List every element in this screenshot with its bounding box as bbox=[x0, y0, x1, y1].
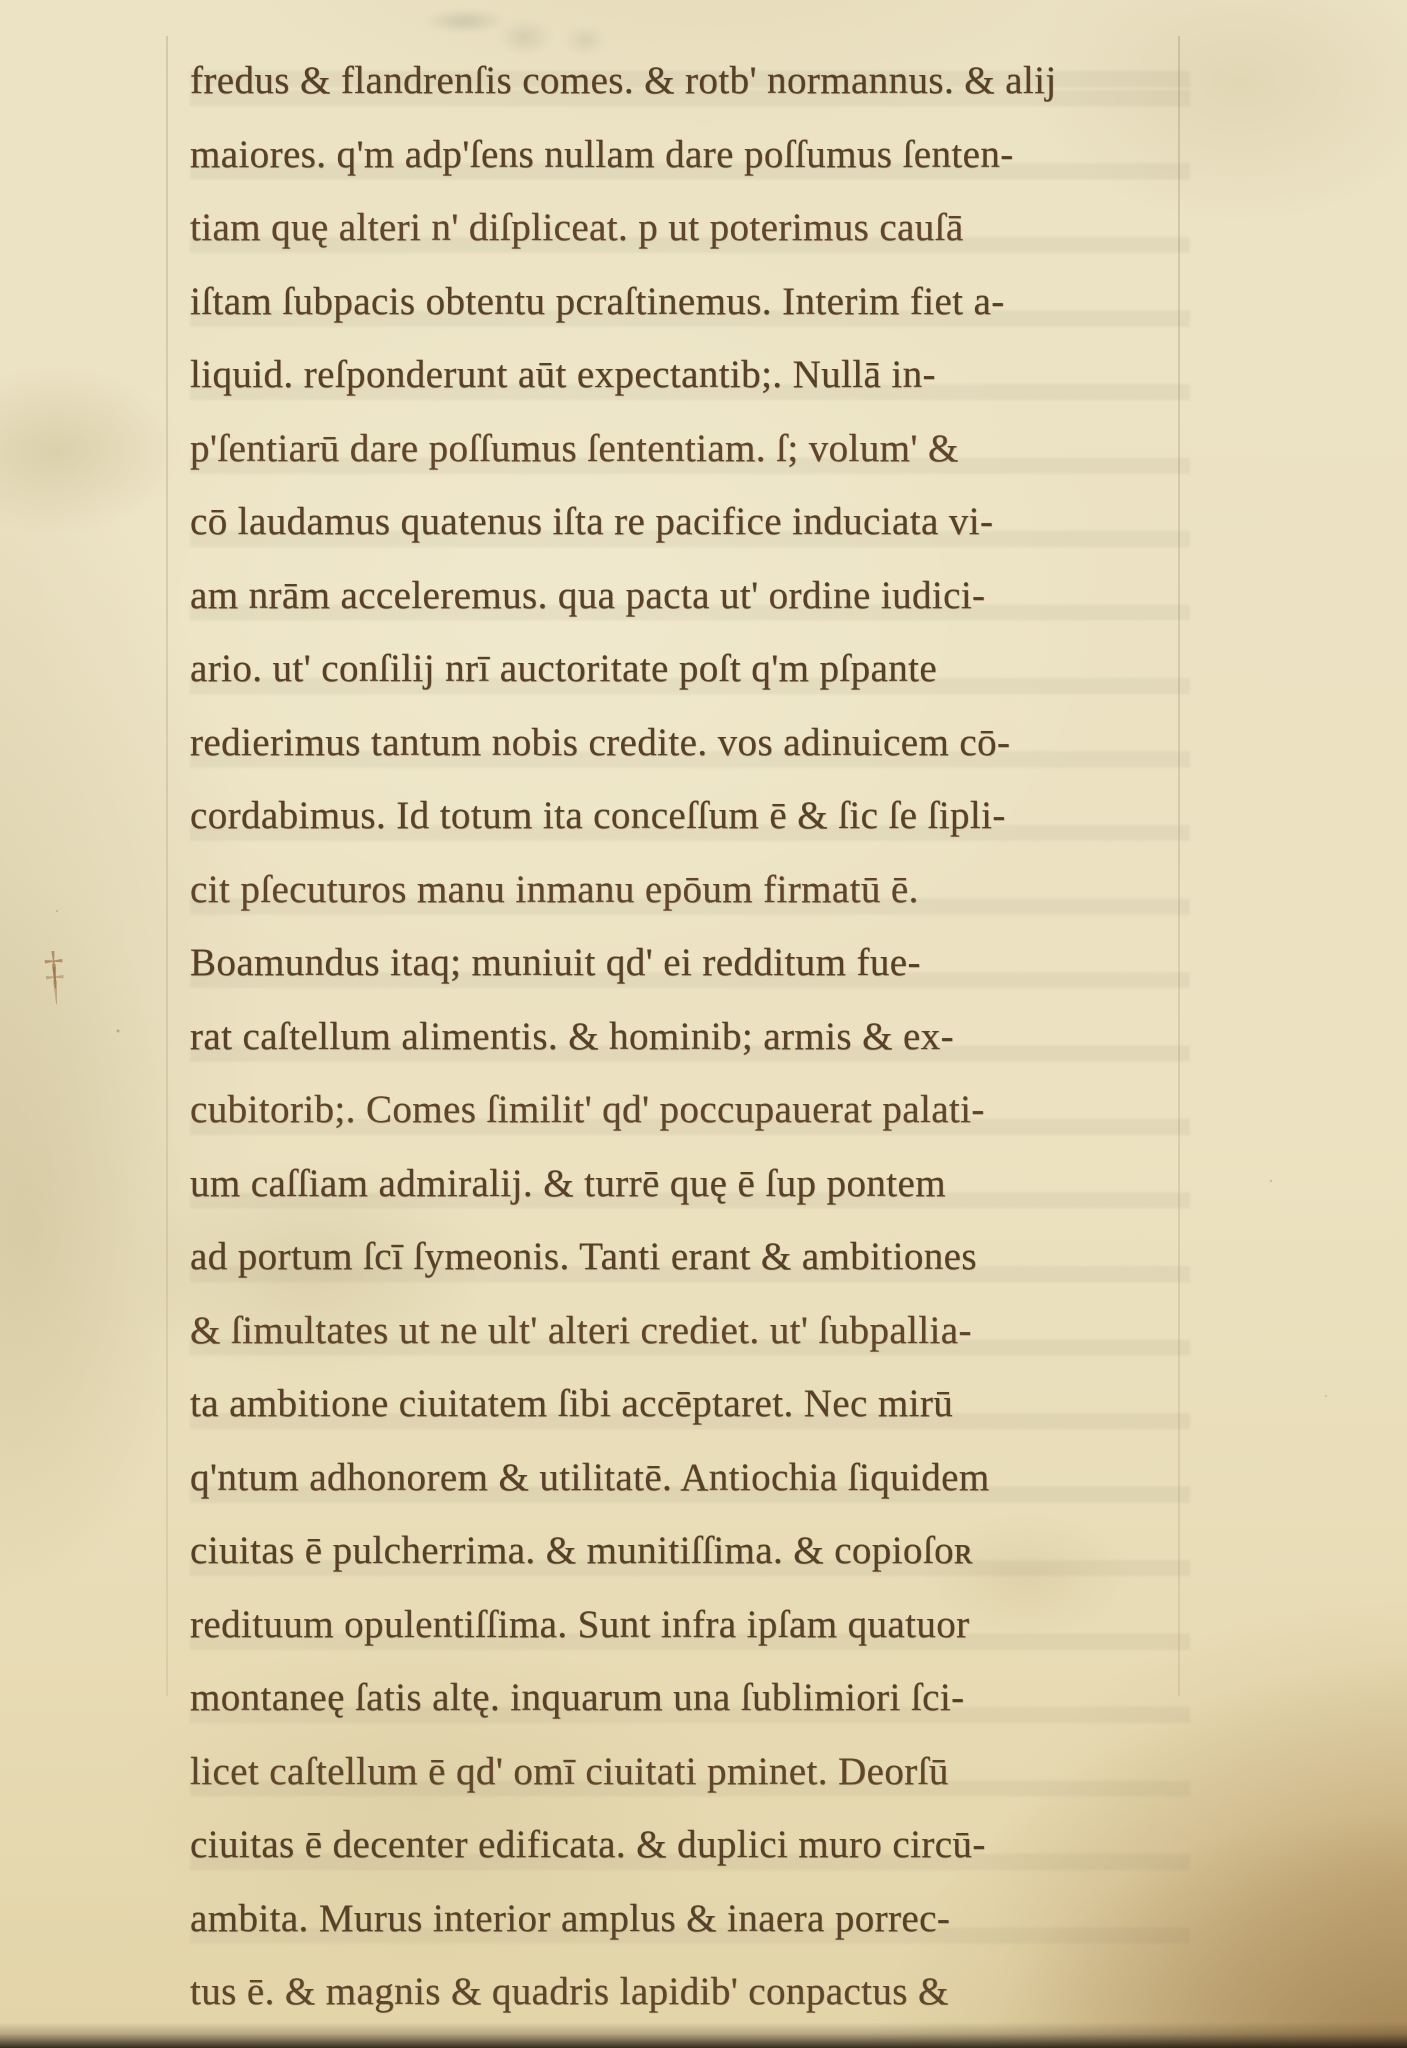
text-line: ario. ut' conſilij nrī auctoritate poſt … bbox=[190, 632, 1200, 706]
text-line: ad portum ſcī ſymeonis. Tanti erant & am… bbox=[190, 1220, 1200, 1294]
text-block: fredus & flandrenſis comes. & rotb' norm… bbox=[190, 44, 1200, 2029]
text-line: Boamundus itaq; muniuit qd' ei redditum … bbox=[190, 926, 1200, 1000]
text-line: redituum opulentiſſima. Sunt infra ipſam… bbox=[190, 1588, 1200, 1662]
text-line: redierimus tantum nobis credite. vos adi… bbox=[190, 706, 1200, 780]
text-line: tiam quę alteri n' diſpliceat. p ut pote… bbox=[190, 191, 1200, 265]
text-line: montaneę ſatis altę. inquarum una ſublim… bbox=[190, 1661, 1200, 1735]
text-line: rat caſtellum alimentis. & hominib; armi… bbox=[190, 1000, 1200, 1074]
text-line: licet caſtellum ē qd' omī ciuitati pmine… bbox=[190, 1735, 1200, 1809]
manuscript-page: † fredus & flandrenſis comes. & rotb' no… bbox=[0, 0, 1407, 2048]
marginal-nota-mark: † bbox=[42, 944, 65, 991]
text-line: um caſſiam admiralij. & turrē quę ē ſup … bbox=[190, 1147, 1200, 1221]
text-line: am nrām acceleremus. qua pacta ut' ordin… bbox=[190, 559, 1200, 633]
text-line: p'ſentiarū dare poſſumus ſententiam. ſ; … bbox=[190, 412, 1200, 486]
text-line: cit pſecuturos manu inmanu epōum firmatū… bbox=[190, 853, 1200, 927]
text-line: & ſimultates ut ne ult' alteri crediet. … bbox=[190, 1294, 1200, 1368]
text-line: iſtam ſubpacis obtentu pcraſtinemus. Int… bbox=[190, 265, 1200, 339]
text-line: tus ē. & magnis & quadris lapidib' conpa… bbox=[190, 1955, 1200, 2029]
ruling-line-left bbox=[166, 36, 168, 1696]
text-line: ta ambitione ciuitatem ſibi accēptaret. … bbox=[190, 1367, 1200, 1441]
text-line: cubitorib;. Comes ſimilit' qd' poccupaue… bbox=[190, 1073, 1200, 1147]
text-line: ciuitas ē decenter edificata. & duplici … bbox=[190, 1808, 1200, 1882]
text-line: maiores. q'm adp'ſens nullam dare poſſum… bbox=[190, 118, 1200, 192]
text-line: ciuitas ē pulcherrima. & munitiſſima. & … bbox=[190, 1514, 1200, 1588]
text-line: cordabimus. Id totum ita conceſſum ē & ſ… bbox=[190, 779, 1200, 853]
text-line: liquid. reſponderunt aūt expectantib;. N… bbox=[190, 338, 1200, 412]
text-line: fredus & flandrenſis comes. & rotb' norm… bbox=[190, 44, 1200, 118]
text-line: ambita. Murus interior amplus & inaera p… bbox=[190, 1882, 1200, 1956]
text-line: q'ntum adhonorem & utilitatē. Antiochia … bbox=[190, 1441, 1200, 1515]
text-line: cō laudamus quatenus iſta re pacifice in… bbox=[190, 485, 1200, 559]
